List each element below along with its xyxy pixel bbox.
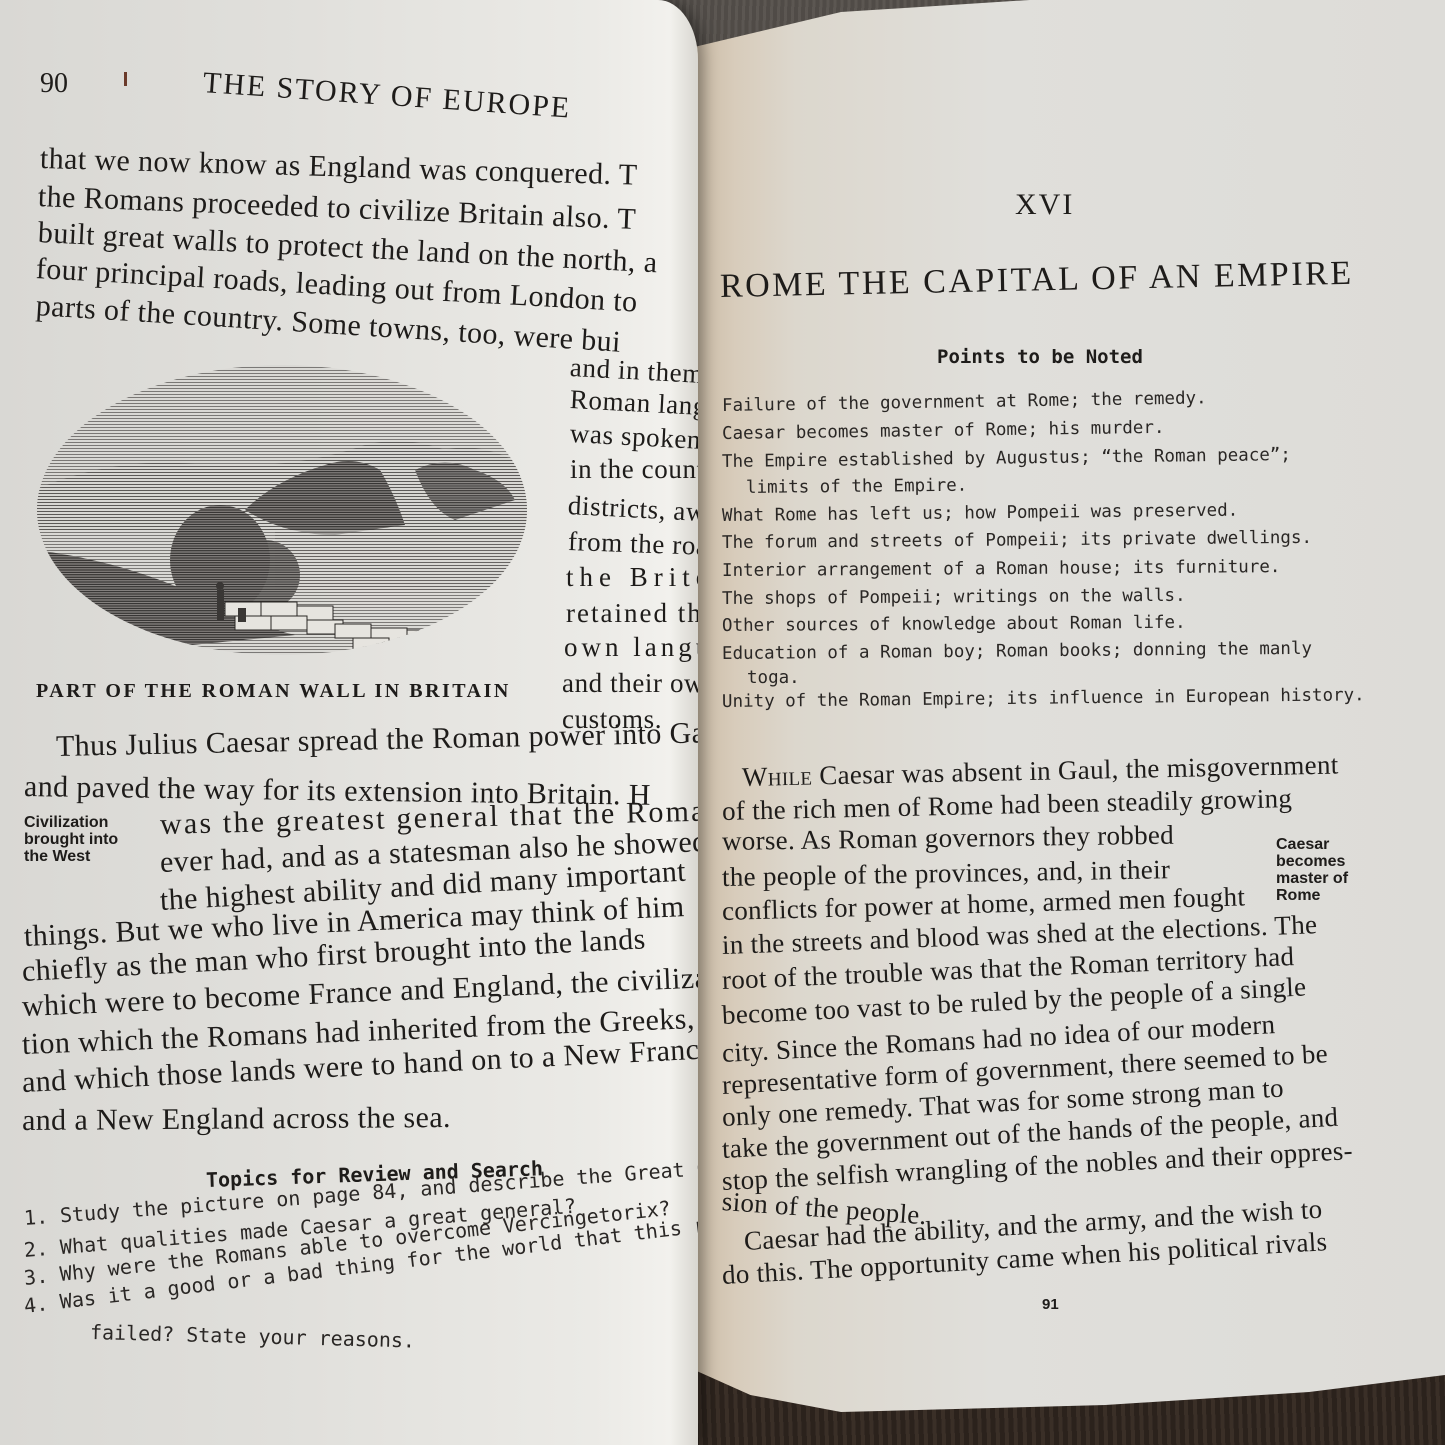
sidenote-civilization: Civilization brought into the West <box>24 814 144 865</box>
page-number-left: 90 <box>40 68 68 100</box>
column-line: and their ow <box>562 668 698 699</box>
column-line: the Briton <box>566 562 698 593</box>
topic-item: failed? State your reasons. <box>90 1320 416 1353</box>
column-line: in the count <box>570 454 698 485</box>
column-line: was spoken. B <box>569 418 698 458</box>
column-line: retained the <box>566 598 698 629</box>
right-page <box>690 0 1445 1445</box>
ink-mark <box>124 72 127 86</box>
engraving-image <box>35 360 530 660</box>
left-page: 90 THE STORY OF EUROPE that we now know … <box>0 0 698 1445</box>
column-line: own languag <box>564 632 698 663</box>
body-line: Thus Julius Caesar spread the Roman powe… <box>56 716 698 764</box>
body-line: and a New England across the sea. <box>22 1101 451 1138</box>
roman-wall-illustration <box>35 360 530 660</box>
column-line: from the road <box>567 526 698 562</box>
column-line: Roman langua <box>569 384 698 424</box>
column-line: districts, awa <box>567 490 698 529</box>
running-head: THE STORY OF EUROPE <box>202 66 572 126</box>
illustration-caption: PART OF THE ROMAN WALL IN BRITAIN <box>36 680 511 703</box>
